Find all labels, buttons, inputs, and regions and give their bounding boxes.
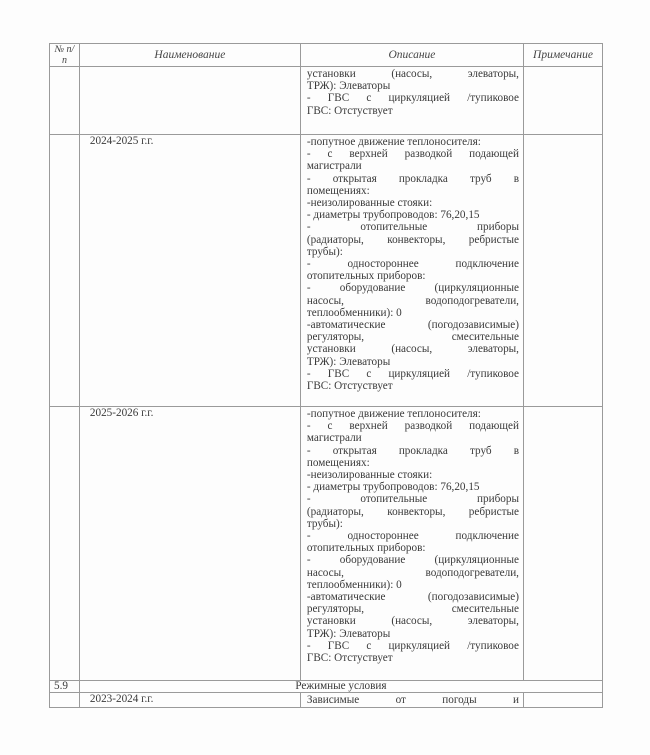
description-line: -автоматические (погодозависимые) — [307, 591, 519, 603]
description-line: теплообменники): 0 — [307, 307, 519, 319]
cell-num — [50, 407, 80, 681]
description-line: -неизолированные стояки: — [307, 469, 519, 481]
description-line: - открытая прокладка труб в — [307, 445, 519, 457]
description-line: - одностороннее подключение — [307, 530, 519, 542]
description-line: ТРЖ): Элеваторы — [307, 628, 519, 640]
description-line: магистрали — [307, 160, 519, 172]
description-line: - с верхней разводкой подающей — [307, 148, 519, 160]
cell-note — [523, 407, 602, 681]
cell-num — [50, 67, 80, 135]
description-line: - диаметры трубопроводов: 76,20,15 — [307, 481, 519, 493]
description-line: - отопительные приборы — [307, 493, 519, 505]
description-line: - с верхней разводкой подающей — [307, 420, 519, 432]
description-line: ГВС: Отстуствует — [307, 380, 519, 392]
section-num: 5.9 — [50, 681, 80, 693]
section-row: 5.9 Режимные условия — [50, 681, 603, 693]
description-line: -неизолированные стояки: — [307, 197, 519, 209]
description-line: трубы): — [307, 246, 519, 258]
header-name: Наименование — [79, 44, 300, 67]
description-line: -автоматические (погодозависимые) — [307, 319, 519, 331]
description-line: ГВС: Отстуствует — [307, 105, 519, 117]
description-line: ГВС: Отстуствует — [307, 652, 519, 664]
header-num: № п/п — [50, 44, 80, 67]
table-header-row: № п/п Наименование Описание Примечание — [50, 44, 603, 67]
description-line: (радиаторы, конвекторы, ребристые — [307, 506, 519, 518]
description-line: отопительных приборов: — [307, 542, 519, 554]
cell-description: Зависимые от погоды и — [300, 693, 523, 708]
description-line: помещениях: — [307, 457, 519, 469]
cell-note — [523, 135, 602, 407]
description-line: - ГВС с циркуляцией /тупиковое — [307, 92, 519, 104]
table-row: установки (насосы, элеваторы,ТРЖ): Элева… — [50, 67, 603, 135]
cell-name — [79, 67, 300, 135]
description-line: - открытая прокладка труб в — [307, 173, 519, 185]
cell-num — [50, 693, 80, 708]
description-line: регуляторы, смесительные — [307, 603, 519, 615]
description-line: -попутное движение теплоносителя: — [307, 136, 519, 148]
cell-note — [523, 693, 602, 708]
cell-description: -попутное движение теплоносителя:- с вер… — [300, 135, 523, 407]
description-line: отопительных приборов: — [307, 270, 519, 282]
description-line: установки (насосы, элеваторы, — [307, 343, 519, 355]
description-line: теплообменники): 0 — [307, 579, 519, 591]
description-line: помещениях: — [307, 185, 519, 197]
description-line: установки (насосы, элеваторы, — [307, 615, 519, 627]
cell-num — [50, 135, 80, 407]
description-line: - ГВС с циркуляцией /тупиковое — [307, 368, 519, 380]
header-note: Примечание — [523, 44, 602, 67]
description-line: магистрали — [307, 432, 519, 444]
description-line: (радиаторы, конвекторы, ребристые — [307, 234, 519, 246]
table-row: 2025-2026 г.г. -попутное движение теплон… — [50, 407, 603, 681]
cell-note — [523, 67, 602, 135]
cell-description: установки (насосы, элеваторы,ТРЖ): Элева… — [300, 67, 523, 135]
description-line: - отопительные приборы — [307, 221, 519, 233]
description-line: ТРЖ): Элеваторы — [307, 80, 519, 92]
cell-name: 2024-2025 г.г. — [79, 135, 300, 407]
description-line: - оборудование (циркуляционные — [307, 554, 519, 566]
cell-name: 2025-2026 г.г. — [79, 407, 300, 681]
description-line: - ГВС с циркуляцией /тупиковое — [307, 640, 519, 652]
document-table: № п/п Наименование Описание Примечание у… — [49, 43, 603, 708]
table-row: 2024-2025 г.г. -попутное движение теплон… — [50, 135, 603, 407]
description-line: насосы, водоподогреватели, — [307, 567, 519, 579]
header-description: Описание — [300, 44, 523, 67]
description-line: - оборудование (циркуляционные — [307, 282, 519, 294]
table-row: 2023-2024 г.г. Зависимые от погоды и — [50, 693, 603, 708]
cell-description: -попутное движение теплоносителя:- с вер… — [300, 407, 523, 681]
description-line: -попутное движение теплоносителя: — [307, 408, 519, 420]
description-line: ТРЖ): Элеваторы — [307, 356, 519, 368]
description-line: насосы, водоподогреватели, — [307, 295, 519, 307]
description-line: - диаметры трубопроводов: 76,20,15 — [307, 209, 519, 221]
cell-name: 2023-2024 г.г. — [79, 693, 300, 708]
description-line: регуляторы, смесительные — [307, 331, 519, 343]
section-title: Режимные условия — [79, 681, 602, 693]
description-line: трубы): — [307, 518, 519, 530]
description-line: - одностороннее подключение — [307, 258, 519, 270]
description-line: установки (насосы, элеваторы, — [307, 68, 519, 80]
